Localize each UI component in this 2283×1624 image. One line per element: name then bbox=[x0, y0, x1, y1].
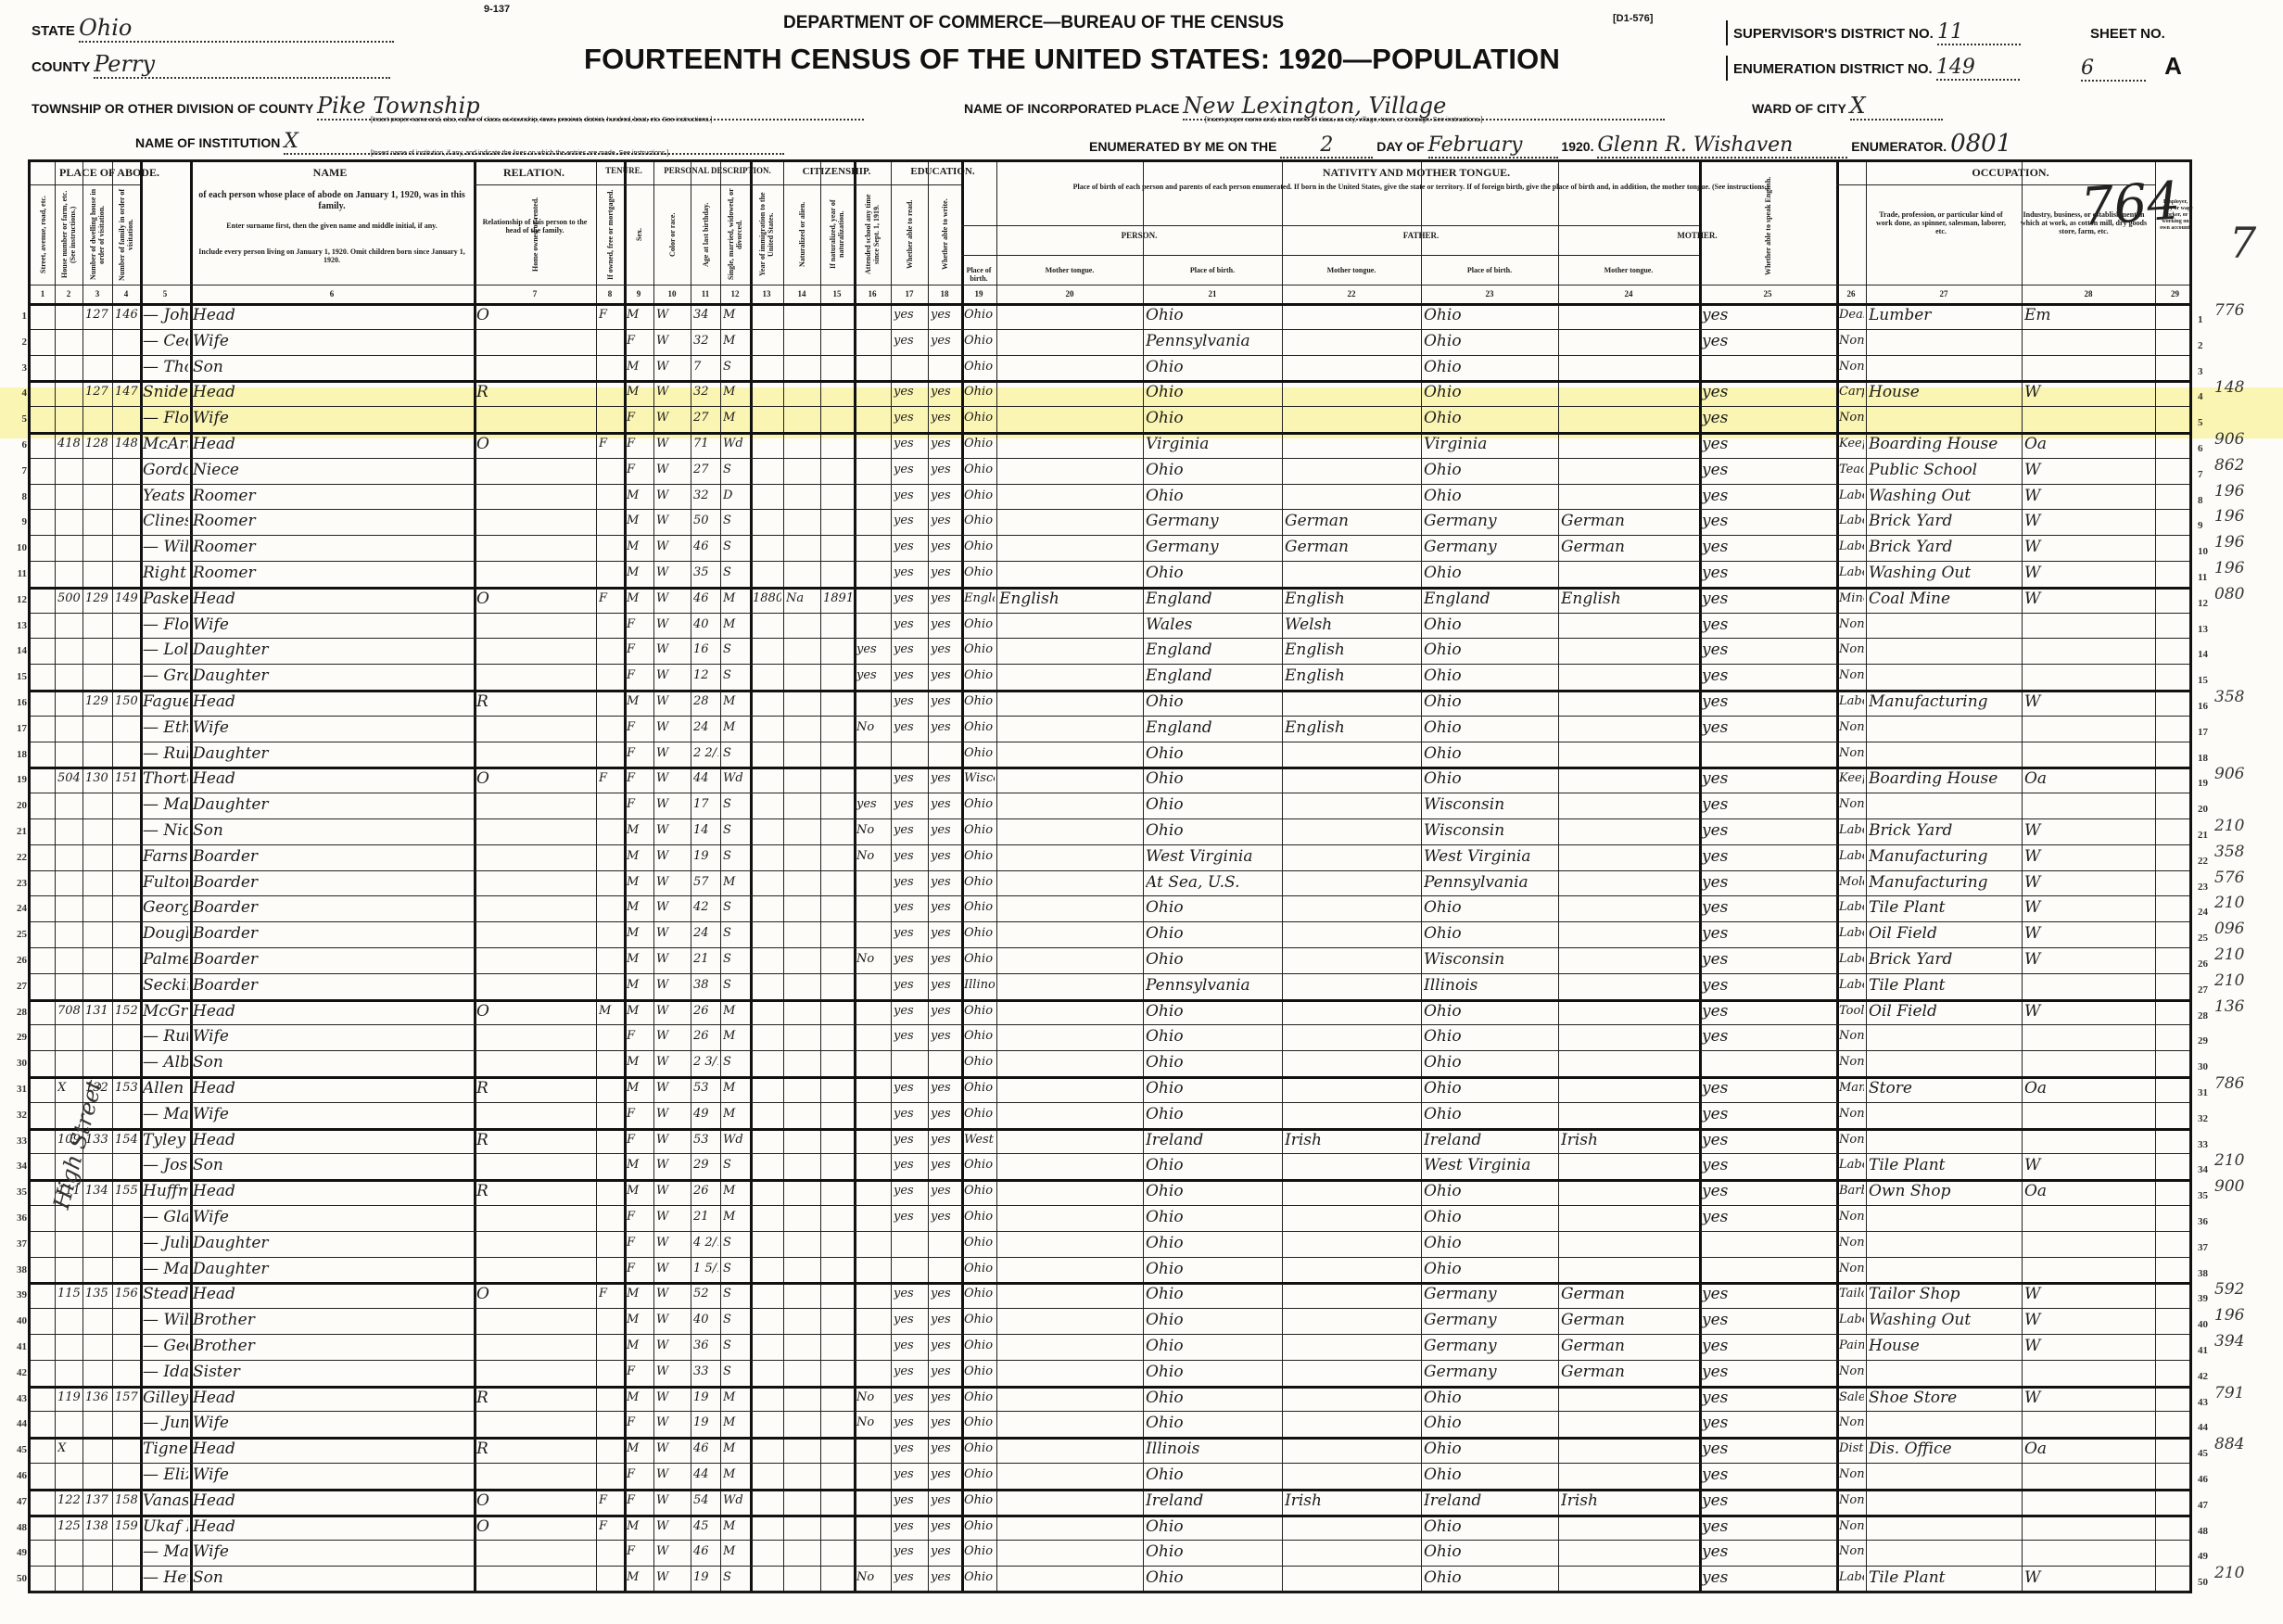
cell-relation: Wife bbox=[193, 329, 472, 353]
line-number-right: 5 bbox=[2198, 417, 2214, 428]
cell-marital: M bbox=[723, 1411, 748, 1435]
occupation-code: 080 bbox=[2214, 585, 2244, 603]
cell-natur: Na bbox=[786, 587, 818, 611]
cell-sex: F bbox=[627, 638, 652, 662]
cell-family: 150 bbox=[115, 690, 138, 714]
cell-color: W bbox=[656, 509, 689, 533]
cell-english: yes bbox=[1702, 1024, 1834, 1048]
subheader-text: Age at last birthday. bbox=[702, 188, 710, 281]
line-number-right: 39 bbox=[2198, 1293, 2214, 1304]
cell-name: Douglass Walter bbox=[143, 921, 188, 945]
cell-write: yes bbox=[931, 1437, 959, 1461]
cell-emp: Oa bbox=[2024, 432, 2153, 456]
table-row[interactable]: 2727210Seckinger WilliamBoarderMW38Syesy… bbox=[31, 973, 2189, 999]
cell-english: yes bbox=[1702, 921, 1834, 945]
cell-name: Paskell Samuel bbox=[143, 587, 188, 611]
sheet-side: A bbox=[2164, 52, 2182, 80]
cell-sex: M bbox=[627, 818, 652, 843]
table-row[interactable]: 1010196— WilliamRoomerMW46SyesyesOhioGer… bbox=[31, 535, 2189, 561]
cell-marital: D bbox=[723, 484, 748, 508]
line-number-right: 43 bbox=[2198, 1397, 2214, 1408]
cell-sex: M bbox=[627, 535, 652, 559]
line-number-right: 46 bbox=[2198, 1474, 2214, 1485]
table-row[interactable]: 33— Thomas B.SonMW7SOhioOhioOhioNone bbox=[31, 355, 2189, 381]
cell-sex: F bbox=[627, 1231, 652, 1255]
occupation-code: 096 bbox=[2214, 920, 2244, 938]
enumerated-year: 1920. bbox=[1561, 139, 1593, 154]
cell-fpob: Ohio bbox=[1146, 921, 1280, 945]
cell-family: 154 bbox=[115, 1128, 138, 1152]
table-row[interactable]: 2222358Farnsworth DoveyBoarderMW19SNoyes… bbox=[31, 844, 2189, 870]
cell-pob: Ohio bbox=[964, 303, 995, 327]
cell-english: yes bbox=[1702, 1334, 1834, 1358]
occupation-code: 900 bbox=[2214, 1177, 2244, 1196]
census-sheet: STATE Ohio COUNTY Perry 9-137 DEPARTMENT… bbox=[0, 0, 2283, 1624]
cell-english: yes bbox=[1702, 947, 1834, 971]
cell-english: yes bbox=[1702, 664, 1834, 688]
cell-trade: Laborer bbox=[1839, 1308, 1864, 1332]
cell-marital: S bbox=[723, 664, 748, 688]
cell-age: 49 bbox=[693, 1102, 718, 1126]
cell-fpob: Ohio bbox=[1146, 1102, 1280, 1126]
cell-mpob: Germany bbox=[1424, 1360, 1556, 1384]
cell-relation: Head bbox=[193, 1437, 472, 1461]
cell-mpob: Germany bbox=[1424, 1334, 1556, 1358]
cell-color: W bbox=[656, 690, 689, 714]
cell-pob: Ohio bbox=[964, 1463, 995, 1487]
cell-relation: Daughter bbox=[193, 1231, 472, 1255]
occupation-code: 884 bbox=[2214, 1435, 2244, 1453]
line-number-right: 21 bbox=[2198, 830, 2214, 841]
table-row[interactable]: 77862Gordon MargaretNieceFW27SyesyesOhio… bbox=[31, 458, 2189, 484]
cell-fpob: Ohio bbox=[1146, 1179, 1280, 1203]
cell-relation: Sister bbox=[193, 1360, 472, 1384]
table-row[interactable]: 3434210— Joseph J.SonMW29SyesyesOhioOhio… bbox=[31, 1153, 2189, 1179]
occupation-code: 148 bbox=[2214, 378, 2244, 397]
cell-name: Palmer Erwin bbox=[143, 947, 188, 971]
cell-english: yes bbox=[1702, 1308, 1834, 1332]
table-row[interactable]: 11776127146— John B.HeadOFMW34MyesyesOhi… bbox=[31, 303, 2189, 329]
table-row[interactable]: 3939592115135156Steadler Frankie A.HeadO… bbox=[31, 1282, 2189, 1308]
table-row[interactable]: 2828136708131152McGreevy Joe O.HeadOMMW2… bbox=[31, 999, 2189, 1025]
table-row[interactable]: 4040196— William J.BrotherMW40SyesyesOhi… bbox=[31, 1308, 2189, 1334]
cell-relation: Brother bbox=[193, 1308, 472, 1332]
cell-mpob: West Virginia bbox=[1424, 1153, 1556, 1177]
table-row[interactable]: 55— Florence W.WifeFW27MyesyesOhioOhioOh… bbox=[31, 406, 2189, 432]
cell-color: W bbox=[656, 535, 689, 559]
table-row[interactable]: 4343791119136157Gilley Daniel H.HeadRMW1… bbox=[31, 1386, 2189, 1412]
cell-pob: Ohio bbox=[964, 870, 995, 894]
occupation-code: 196 bbox=[2214, 559, 2244, 577]
cell-sex: M bbox=[627, 1334, 652, 1358]
cell-age: 46 bbox=[693, 1540, 718, 1564]
cell-marital: S bbox=[723, 947, 748, 971]
cell-sex: F bbox=[627, 1540, 652, 1564]
table-row[interactable]: 2929— RuthWifeFW26MyesyesOhioOhioOhioyes… bbox=[31, 1024, 2189, 1050]
cell-age: 21 bbox=[693, 947, 718, 971]
cell-relation: Head bbox=[193, 1282, 472, 1306]
line-number: 40 bbox=[8, 1315, 27, 1326]
cell-age: 52 bbox=[693, 1282, 718, 1306]
cell-industry: Oil Field bbox=[1869, 921, 2020, 945]
table-row[interactable]: 3636— Gladis V.WifeFW21MyesyesOhioOhioOh… bbox=[31, 1205, 2189, 1231]
line-number: 10 bbox=[8, 542, 27, 553]
cell-color: W bbox=[656, 895, 689, 920]
occupation-code: 862 bbox=[2214, 456, 2244, 475]
cell-relation: Son bbox=[193, 818, 472, 843]
cell-trade: None bbox=[1839, 1128, 1864, 1152]
cell-mpob: Ohio bbox=[1424, 1515, 1556, 1539]
cell-trade: None bbox=[1839, 1024, 1864, 1048]
table-row[interactable]: 4747122137158Vanasyel Elizabeth D.HeadOF… bbox=[31, 1489, 2189, 1515]
column-number: 12 bbox=[720, 289, 750, 302]
cell-sex: M bbox=[627, 587, 652, 611]
cell-mpob: Ohio bbox=[1424, 1437, 1556, 1461]
cell-age: 2 3/12 bbox=[693, 1050, 718, 1074]
cell-sex: M bbox=[627, 1076, 652, 1100]
table-row[interactable]: 3030— Albert J.SonMW2 3/12SOhioOhioOhioN… bbox=[31, 1050, 2189, 1076]
table-row[interactable]: 1313— FlorenceWifeFW40MyesyesOhioWalesWe… bbox=[31, 613, 2189, 639]
cell-family: 153 bbox=[115, 1076, 138, 1100]
cell-pob: Ohio bbox=[964, 1566, 995, 1590]
subheader-text: Whether able to speak English. bbox=[1764, 171, 1772, 281]
table-row[interactable]: 1818— Ruby L.DaughterFW2 2/12SOhioOhioOh… bbox=[31, 742, 2189, 768]
table-row[interactable]: 99196Clinesmith John J.RoomerMW50Syesyes… bbox=[31, 509, 2189, 535]
line-number-right: 42 bbox=[2198, 1371, 2214, 1382]
table-row[interactable]: 3333109133154Tyley Mary E.HeadRFW53Wdyes… bbox=[31, 1128, 2189, 1154]
cell-mpob: Ireland bbox=[1424, 1128, 1556, 1152]
cell-write: yes bbox=[931, 303, 959, 327]
cell-read: yes bbox=[894, 1282, 926, 1306]
cell-english: yes bbox=[1702, 638, 1834, 662]
line-number-right: 8 bbox=[2198, 495, 2214, 506]
table-row[interactable]: 4848125138159Ukaf Louis H.HeadOFMW45Myes… bbox=[31, 1515, 2189, 1541]
cell-english: yes bbox=[1702, 380, 1834, 404]
line-number: 25 bbox=[8, 929, 27, 940]
incorporated-label: NAME OF INCORPORATED PLACE bbox=[964, 101, 1179, 116]
cell-trade: Laborer bbox=[1839, 690, 1864, 714]
table-row[interactable]: 1919906504130151Thorton SusieHeadOFFW44W… bbox=[31, 767, 2189, 793]
row-divider bbox=[31, 1592, 2189, 1592]
cell-emp: W bbox=[2024, 844, 2153, 869]
cell-trade: None bbox=[1839, 742, 1864, 766]
cell-sex: M bbox=[627, 303, 652, 327]
cell-fpob: Ohio bbox=[1146, 1257, 1280, 1281]
cell-industry: Lumber bbox=[1869, 303, 2020, 327]
subheader-text: Color or race. bbox=[668, 188, 677, 281]
form-code: [D1-576] bbox=[1613, 13, 1653, 24]
cell-pob: Ohio bbox=[964, 844, 995, 869]
county-value: Perry bbox=[94, 51, 390, 79]
cell-mpob: Pennsylvania bbox=[1424, 870, 1556, 894]
cell-emp: W bbox=[2024, 535, 2153, 559]
cell-age: 26 bbox=[693, 999, 718, 1023]
cell-trade: Tailor bbox=[1839, 1282, 1864, 1306]
line-number: 43 bbox=[8, 1393, 27, 1404]
cell-fpob: Wales bbox=[1146, 613, 1280, 637]
cell-marital: S bbox=[723, 638, 748, 662]
cell-fpob: At Sea, U.S. bbox=[1146, 870, 1280, 894]
subheader-text: Attended school any time since Sept. 1, … bbox=[864, 188, 881, 281]
cell-ftongue: German bbox=[1285, 509, 1419, 533]
table-row[interactable]: 3535900111134155Huffman Gerald H.HeadRMW… bbox=[31, 1179, 2189, 1205]
cell-age: 42 bbox=[693, 895, 718, 920]
cell-color: W bbox=[656, 484, 689, 508]
cell-read: yes bbox=[894, 1540, 926, 1564]
cell-fpob: Ireland bbox=[1146, 1489, 1280, 1513]
subheader-text: Number of family in order of visitation. bbox=[118, 188, 134, 281]
cell-free: M bbox=[599, 999, 622, 1023]
sheet-number: 6 bbox=[2081, 57, 2146, 82]
cell-marital: M bbox=[723, 303, 748, 327]
cell-marital: M bbox=[723, 999, 748, 1023]
cell-write: yes bbox=[931, 509, 959, 533]
line-number: 24 bbox=[8, 903, 27, 914]
cell-mtongue: German bbox=[1561, 535, 1697, 559]
cell-ftongue: English bbox=[1285, 664, 1419, 688]
cell-emp: W bbox=[2024, 1153, 2153, 1177]
cell-mpob: Wisconsin bbox=[1424, 947, 1556, 971]
cell-pob: Ohio bbox=[964, 613, 995, 637]
cell-english: yes bbox=[1702, 561, 1834, 585]
cell-write: yes bbox=[931, 1308, 959, 1332]
cell-pob: England bbox=[964, 587, 995, 611]
column-number: 13 bbox=[750, 289, 783, 302]
cell-write: yes bbox=[931, 690, 959, 714]
cell-name: — Florence W. bbox=[143, 406, 188, 430]
cell-owned: O bbox=[476, 303, 594, 327]
line-number-right: 2 bbox=[2198, 340, 2214, 351]
cell-fpob: England bbox=[1146, 638, 1280, 662]
table-row[interactable]: 44148127147Snider Jesse J.HeadRMW32Myesy… bbox=[31, 380, 2189, 406]
cell-age: 46 bbox=[693, 535, 718, 559]
cell-mpob: Ohio bbox=[1424, 1179, 1556, 1203]
cell-sex: F bbox=[627, 716, 652, 740]
cell-emp: W bbox=[2024, 818, 2153, 843]
cell-trade: Carpenter bbox=[1839, 380, 1864, 404]
cell-read: yes bbox=[894, 716, 926, 740]
cell-industry: Manufacturing bbox=[1869, 870, 2020, 894]
cell-relation: Head bbox=[193, 1076, 472, 1100]
table-row[interactable]: 1616358129150Fague FredHeadRMW28MyesyesO… bbox=[31, 690, 2189, 716]
cell-color: W bbox=[656, 921, 689, 945]
cell-trade: Keeper bbox=[1839, 432, 1864, 456]
cell-marital: S bbox=[723, 535, 748, 559]
cell-pob: Ohio bbox=[964, 380, 995, 404]
cell-read: yes bbox=[894, 458, 926, 482]
table-row[interactable]: 3131786X132153Allen Charles G.HeadRMW53M… bbox=[31, 1076, 2189, 1102]
cell-read: yes bbox=[894, 1566, 926, 1590]
table-row[interactable]: 1414— Lola M.DaughterFW16SyesyesyesOhioE… bbox=[31, 638, 2189, 664]
cell-house: 418 bbox=[57, 432, 81, 456]
cell-trade: Laborer bbox=[1839, 484, 1864, 508]
cell-fpob: Ohio bbox=[1146, 999, 1280, 1023]
cell-school: No bbox=[856, 844, 889, 869]
cell-marital: S bbox=[723, 1050, 748, 1074]
cell-relation: Brother bbox=[193, 1334, 472, 1358]
column-number: 18 bbox=[928, 289, 961, 302]
cell-color: W bbox=[656, 303, 689, 327]
table-row[interactable]: 5050210— Herbert J.SonMW19SNoyesyesOhioO… bbox=[31, 1566, 2189, 1592]
cell-age: 4 2/12 bbox=[693, 1231, 718, 1255]
table-row[interactable]: 4949— Mabel A.WifeFW46MyesyesOhioOhioOhi… bbox=[31, 1540, 2189, 1566]
cell-sex: F bbox=[627, 664, 652, 688]
cell-color: W bbox=[656, 1024, 689, 1048]
institution-note: [Insert name of institution, if any, and… bbox=[371, 150, 890, 157]
subheader-family: Number of family in order of visitation. bbox=[112, 188, 140, 283]
cell-color: W bbox=[656, 1515, 689, 1539]
cell-read: yes bbox=[894, 1179, 926, 1203]
cell-color: W bbox=[656, 1540, 689, 1564]
cell-fpob: Ohio bbox=[1146, 947, 1280, 971]
cell-english: yes bbox=[1702, 1179, 1834, 1203]
cell-pob: Ohio bbox=[964, 1205, 995, 1229]
table-row[interactable]: 2020— Mary S.DaughterFW17SyesyesyesOhioO… bbox=[31, 793, 2189, 818]
cell-relation: Wife bbox=[193, 1463, 472, 1487]
table-row[interactable]: 88196Yeats TedRoomerMW32DyesyesOhioOhioO… bbox=[31, 484, 2189, 510]
cell-sex: F bbox=[627, 458, 652, 482]
cell-owned: R bbox=[476, 690, 594, 714]
table-row[interactable]: 4141394— George H.BrotherMW36SyesyesOhio… bbox=[31, 1334, 2189, 1360]
cell-dwelling: 127 bbox=[85, 303, 110, 327]
table-row[interactable]: 3737— Julia B.DaughterFW4 2/12SOhioOhioO… bbox=[31, 1231, 2189, 1257]
cell-english: yes bbox=[1702, 1489, 1834, 1513]
cell-owned: O bbox=[476, 1489, 594, 1513]
line-number: 37 bbox=[8, 1238, 27, 1250]
cell-industry: Washing Out bbox=[1869, 484, 2020, 508]
cell-school: yes bbox=[856, 664, 889, 688]
cell-industry: Boarding House bbox=[1869, 432, 2020, 456]
cell-fpob: Virginia bbox=[1146, 432, 1280, 456]
cell-owned: O bbox=[476, 1282, 594, 1306]
cell-pob: Ohio bbox=[964, 1257, 995, 1281]
cell-read: yes bbox=[894, 870, 926, 894]
cell-relation: Head bbox=[193, 1386, 472, 1410]
cell-name: — Eliza M. bbox=[143, 1463, 188, 1487]
cell-pob: Ohio bbox=[964, 561, 995, 585]
table-row[interactable]: 4242— Ida F.SisterFW33SyesyesOhioOhioGer… bbox=[31, 1360, 2189, 1386]
cell-relation: Wife bbox=[193, 1024, 472, 1048]
table-row[interactable]: 1212080500129149Paskell SamuelHeadOFMW46… bbox=[31, 587, 2189, 613]
table-row[interactable]: 1717— Ethel M.WifeFW24MNoyesyesOhioEngla… bbox=[31, 716, 2189, 742]
table-row[interactable]: 2121210— Nicholas D.SonMW14SNoyesyesOhio… bbox=[31, 818, 2189, 844]
cell-relation: Roomer bbox=[193, 561, 472, 585]
table-row[interactable]: 3838— Mary E.DaughterFW1 5/12SOhioOhioOh… bbox=[31, 1257, 2189, 1283]
cell-mpob: Ohio bbox=[1424, 895, 1556, 920]
cell-write: yes bbox=[931, 767, 959, 791]
cell-fpob: Ohio bbox=[1146, 406, 1280, 430]
table-row[interactable]: 2424210George Thomas J.BoarderMW42Syesye… bbox=[31, 895, 2189, 921]
cell-industry: Tailor Shop bbox=[1869, 1282, 2020, 1306]
cell-pob: Ohio bbox=[964, 664, 995, 688]
subheader-dwelling: Number of dwelling house in order of vis… bbox=[82, 188, 112, 283]
cell-emp: W bbox=[2024, 1308, 2153, 1332]
table-row[interactable]: 2626210Palmer ErwinBoarderMW21SNoyesyesO… bbox=[31, 947, 2189, 973]
cell-age: 26 bbox=[693, 1179, 718, 1203]
cell-color: W bbox=[656, 1231, 689, 1255]
cell-read: yes bbox=[894, 1308, 926, 1332]
table-row[interactable]: 22— CeciliaWifeFW32MyesyesOhioPennsylvan… bbox=[31, 329, 2189, 355]
cell-relation: Daughter bbox=[193, 1257, 472, 1281]
table-row[interactable]: 4444— June E.WifeFW19MNoyesyesOhioOhioOh… bbox=[31, 1411, 2189, 1437]
subheader-place-of-birth: Place of birth. bbox=[1143, 266, 1282, 274]
cell-name: — Julia B. bbox=[143, 1231, 188, 1255]
line-number-right: 36 bbox=[2198, 1216, 2214, 1227]
subheader-age: Age at last birthday. bbox=[691, 188, 720, 283]
cell-read: yes bbox=[894, 380, 926, 404]
cell-mpob: Ohio bbox=[1424, 561, 1556, 585]
subheader-mother-tongue: Mother tongue. bbox=[1282, 266, 1421, 274]
cell-relation: Son bbox=[193, 1050, 472, 1074]
table-row[interactable]: 1111196Right JohnRoomerMW35SyesyesOhioOh… bbox=[31, 561, 2189, 587]
cell-marital: S bbox=[723, 973, 748, 997]
cell-name: — Thomas B. bbox=[143, 355, 188, 379]
line-number: 26 bbox=[8, 955, 27, 966]
cell-color: W bbox=[656, 742, 689, 766]
cell-industry: Manufacturing bbox=[1869, 690, 2020, 714]
cell-sex: M bbox=[627, 999, 652, 1023]
line-number-right: 4 bbox=[2198, 391, 2214, 402]
cell-read: yes bbox=[894, 303, 926, 327]
cell-name: — Gladis V. bbox=[143, 1205, 188, 1229]
cell-sex: F bbox=[627, 1024, 652, 1048]
cell-name: Tyley Mary E. bbox=[143, 1128, 188, 1152]
table-row[interactable]: 3232— Margaret E.WifeFW49MyesyesOhioOhio… bbox=[31, 1102, 2189, 1128]
occupation-code: 196 bbox=[2214, 482, 2244, 501]
line-number: 34 bbox=[8, 1161, 27, 1172]
cell-mpob: Ohio bbox=[1424, 1076, 1556, 1100]
cell-write: yes bbox=[931, 1334, 959, 1358]
cell-marital: Wd bbox=[723, 1489, 748, 1513]
subheader-school: Attended school any time since Sept. 1, … bbox=[854, 188, 891, 283]
cell-age: 29 bbox=[693, 1153, 718, 1177]
cell-mpob: Virginia bbox=[1424, 432, 1556, 456]
table-row[interactable]: 2525096Douglass WalterBoarderMW24Syesyes… bbox=[31, 921, 2189, 947]
cell-marital: S bbox=[723, 818, 748, 843]
header-divider bbox=[474, 184, 961, 185]
cell-marital: M bbox=[723, 1540, 748, 1564]
table-row[interactable]: 66906418128148McArthur CatherineHeadOFFW… bbox=[31, 432, 2189, 458]
cell-name: — Margaret E. bbox=[143, 1102, 188, 1126]
cell-write: yes bbox=[931, 380, 959, 404]
cell-family: 151 bbox=[115, 767, 138, 791]
subheader-text: Home owned or rented. bbox=[531, 188, 539, 281]
cell-read: yes bbox=[894, 793, 926, 817]
table-row[interactable]: 1515— GraceDaughterFW12SyesyesyesOhioEng… bbox=[31, 664, 2189, 690]
table-row[interactable]: 4545884XTigner Arthur J.HeadRMW46Myesyes… bbox=[31, 1437, 2189, 1463]
cell-read: yes bbox=[894, 406, 926, 430]
subheader-text: Sex. bbox=[635, 188, 643, 281]
cell-free: F bbox=[599, 432, 622, 456]
table-row[interactable]: 2323576Fulton SewellBoarderMW57MyesyesOh… bbox=[31, 870, 2189, 896]
cell-read: yes bbox=[894, 999, 926, 1023]
cell-dwelling: 129 bbox=[85, 587, 110, 611]
table-row[interactable]: 4646— Eliza M.WifeFW44MyesyesOhioOhioOhi… bbox=[31, 1463, 2189, 1489]
cell-school: No bbox=[856, 1386, 889, 1410]
cell-trade: None bbox=[1839, 1515, 1864, 1539]
cell-color: W bbox=[656, 1050, 689, 1074]
cell-marital: S bbox=[723, 1153, 748, 1177]
cell-trade: None bbox=[1839, 1205, 1864, 1229]
cell-pob: Ohio bbox=[964, 406, 995, 430]
cell-color: W bbox=[656, 355, 689, 379]
cell-marital: M bbox=[723, 1386, 748, 1410]
cell-trade: Laborer bbox=[1839, 561, 1864, 585]
cell-write: yes bbox=[931, 1153, 959, 1177]
subheader-text: If naturalized, year of naturalization. bbox=[829, 188, 845, 281]
cell-trade: Laborer bbox=[1839, 844, 1864, 869]
cell-industry: Tile Plant bbox=[1869, 1153, 2020, 1177]
